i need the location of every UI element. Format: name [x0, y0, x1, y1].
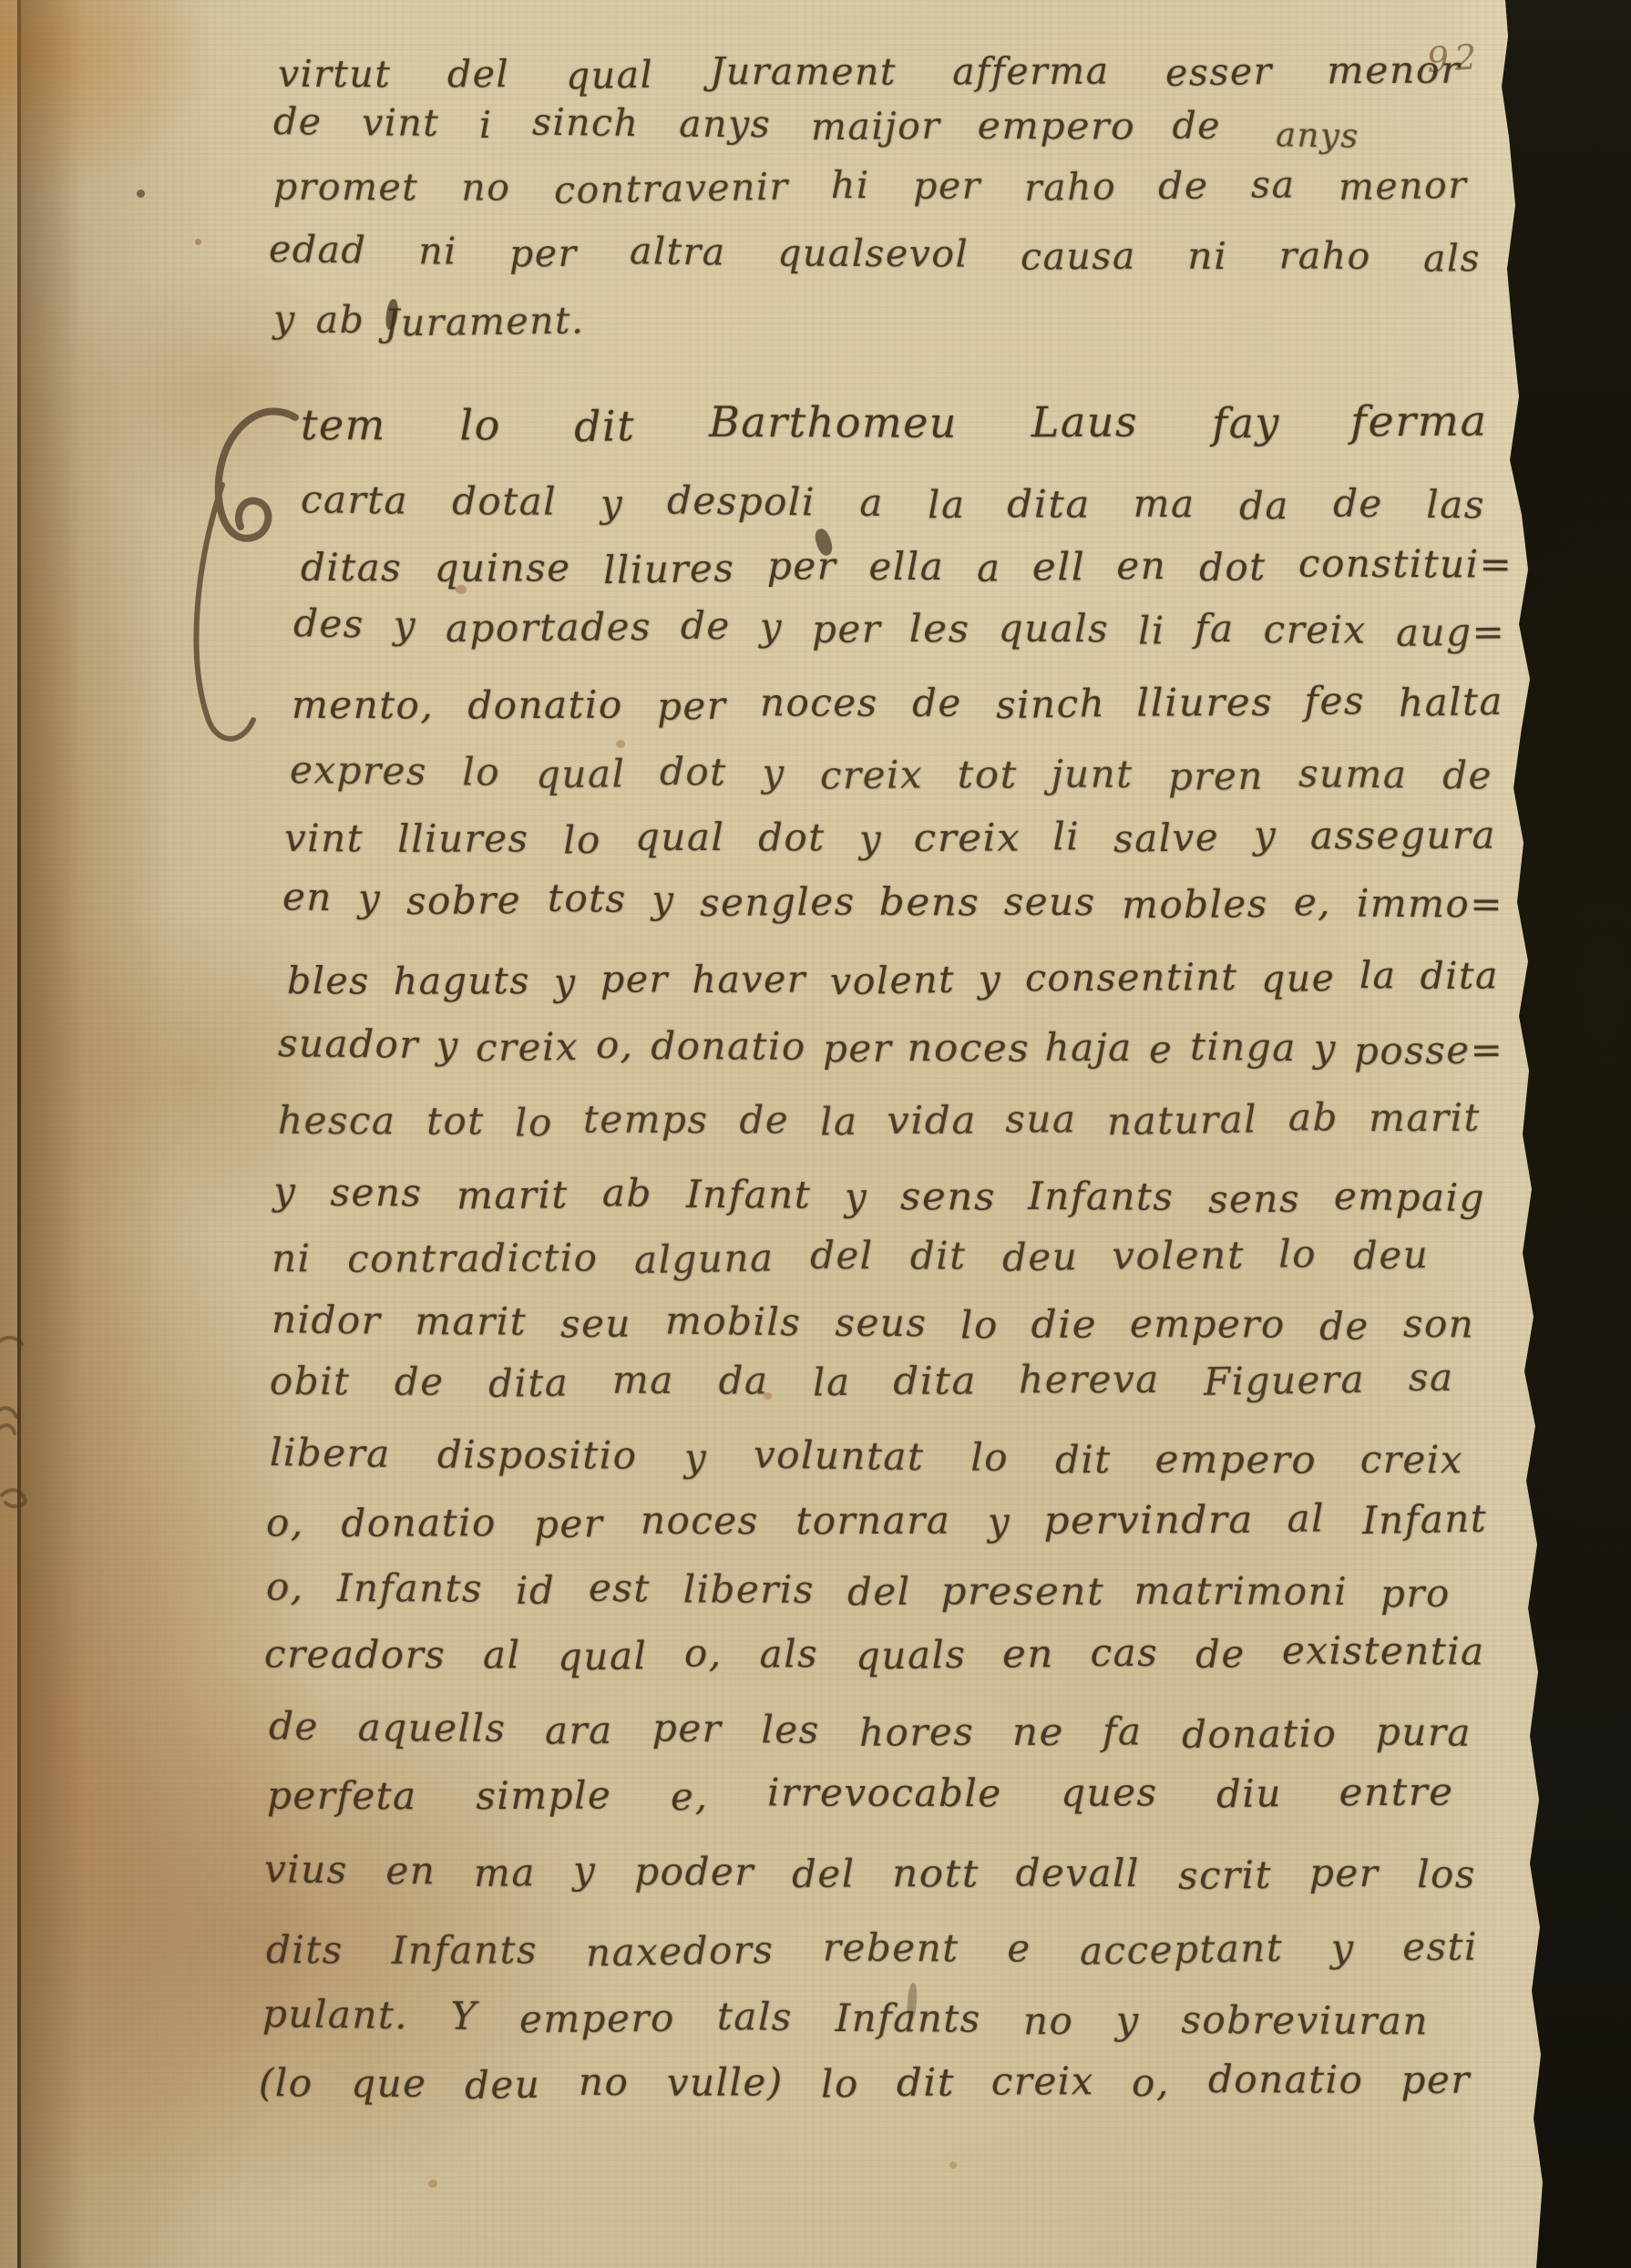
manuscript-line: (loquedeunovulle)loditcreixo,donatioper: [259, 2058, 1471, 2107]
manuscript-line: enysobretotsysenglesbensseusmoblese,immo…: [282, 875, 1503, 926]
manuscript-line: hescatotlotempsdelavidasuanaturalabmarit: [278, 1095, 1481, 1144]
manuscript-line: anys: [1276, 117, 1359, 157]
manuscript-line: yabJurament.: [273, 298, 585, 342]
manuscript-page: 92 I virtutdelqualJuramentaffermaesserme…: [0, 0, 1631, 2268]
manuscript-line: obitdeditamadaladitaherevaFiguerasa: [270, 1356, 1454, 1405]
manuscript-line: creadorsalqualo,alsqualsencasdeexistenti…: [264, 1629, 1485, 1678]
manuscript-line: devintisinchanysmaijoremperode: [273, 100, 1221, 148]
manuscript-line: expresloqualdotycreixtotjuntprensumade: [290, 749, 1493, 798]
manuscript-line: desyaportadesdeyperlesqualslifacreixaug=: [293, 602, 1505, 653]
stain-dot: [949, 2161, 957, 2169]
manuscript-line: nidormaritseumobilsseuslodieemperodeson: [272, 1298, 1474, 1348]
paragraph-initial: I: [0, 0, 1, 1]
manuscript-line: ditasquinselliuresperellaaellendotconsti…: [301, 542, 1513, 591]
stain-dot: [616, 740, 625, 748]
manuscript-line: perfetasimplee,irrevocablequesdiuentre: [267, 1769, 1451, 1820]
stain-dot: [137, 190, 145, 198]
manuscript-line: o,Infantsidestliberisdelpresentmatrimoni…: [266, 1565, 1451, 1615]
manuscript-line: prometnocontravenirhiperrahodesamenor: [273, 162, 1467, 210]
manuscript-line: vintlliuresloqualdotycreixlisalveyassegu…: [284, 813, 1496, 862]
manuscript-line: edadniperaltraqualsevolcausanirahoals: [269, 229, 1481, 279]
manuscript-line: pulant.YemperotalsInfantsnoysobreviuran: [262, 1993, 1429, 2044]
manuscript-line: temloditBarthomeuLausfayferma: [301, 395, 1485, 451]
manuscript-line: mento,donatiopernocesdesinchlliuresfesha…: [292, 678, 1503, 729]
manuscript-line: ditsInfantsnaxedorsrebenteacceptantyesti: [266, 1924, 1478, 1974]
manuscript-line: virtutdelqualJuramentaffermaessermenor: [278, 47, 1458, 97]
manuscript-line: viusenmaypoderdelnottdevallscritperlos: [264, 1848, 1476, 1897]
manuscript-line: o,donatiopernocestornaraypervindraalInfa…: [266, 1494, 1487, 1545]
facing-page-ink-marks: [0, 1326, 36, 1517]
manuscript-photo: 92 I virtutdelqualJuramentaffermaesserme…: [0, 0, 1631, 2268]
manuscript-line: suadorycreixo,donatiopernoceshajaetingay…: [278, 1022, 1503, 1072]
gutter-shading: [21, 0, 85, 2268]
manuscript-line: cartadotalydespolialaditamadadelas: [301, 478, 1485, 528]
manuscript-line: deaquellsaraperleshoresnefadonatiopura: [269, 1705, 1472, 1756]
stain-dot: [195, 239, 201, 245]
manuscript-line: ysensmaritabInfantysensInfantssensempaig: [273, 1170, 1485, 1221]
manuscript-line: liberadispositioyvoluntatloditemperocrei…: [270, 1432, 1463, 1483]
manuscript-line: bleshagutsyperhavervolentyconsentintquel…: [287, 954, 1499, 1004]
stain-dot: [428, 2180, 437, 2188]
manuscript-line: nicontradictioalgunadelditdeuvolentlodeu: [272, 1231, 1429, 1282]
